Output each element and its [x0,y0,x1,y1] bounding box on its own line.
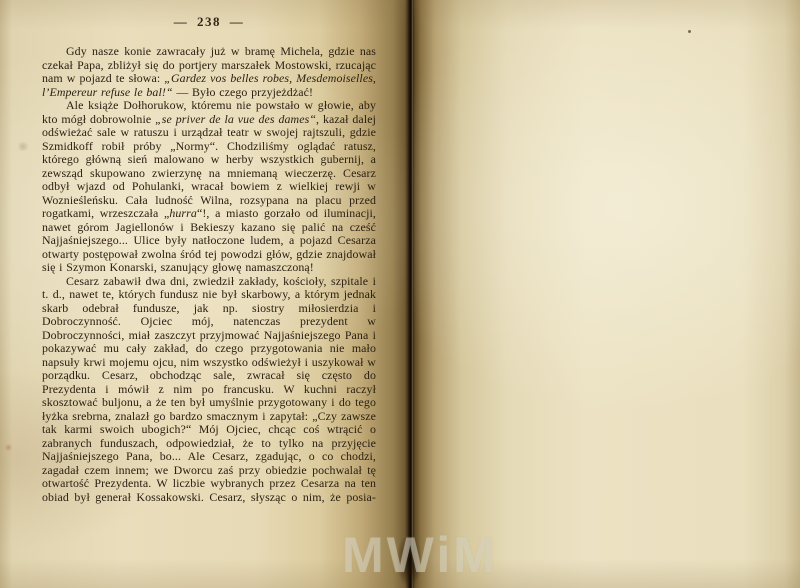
paragraph: Cesarz zabawił dwa dni, zwiedził zakłady… [42,275,376,505]
book-spine [405,0,415,588]
paragraph: Gdy nasze konie zawracały już w bramę Mi… [42,45,376,99]
page-left: — 238 — Gdy nasze konie zawracały już w … [0,0,409,588]
stain [96,238,106,246]
stain [4,444,13,451]
stain [16,142,30,151]
book-scan-photo: — 238 — Gdy nasze konie zawracały już w … [0,0,800,588]
page-number-left: — 238 — [42,14,376,30]
stain [688,30,691,33]
watermark: MWiM [342,526,498,584]
page-right: — 239 — da nietylko mundur Napoleona, al… [413,0,800,588]
page-left-text: — 238 — Gdy nasze konie zawracały już w … [42,12,376,578]
paragraph: Ale książe Dołhorukow, któremu nie powst… [42,99,376,275]
